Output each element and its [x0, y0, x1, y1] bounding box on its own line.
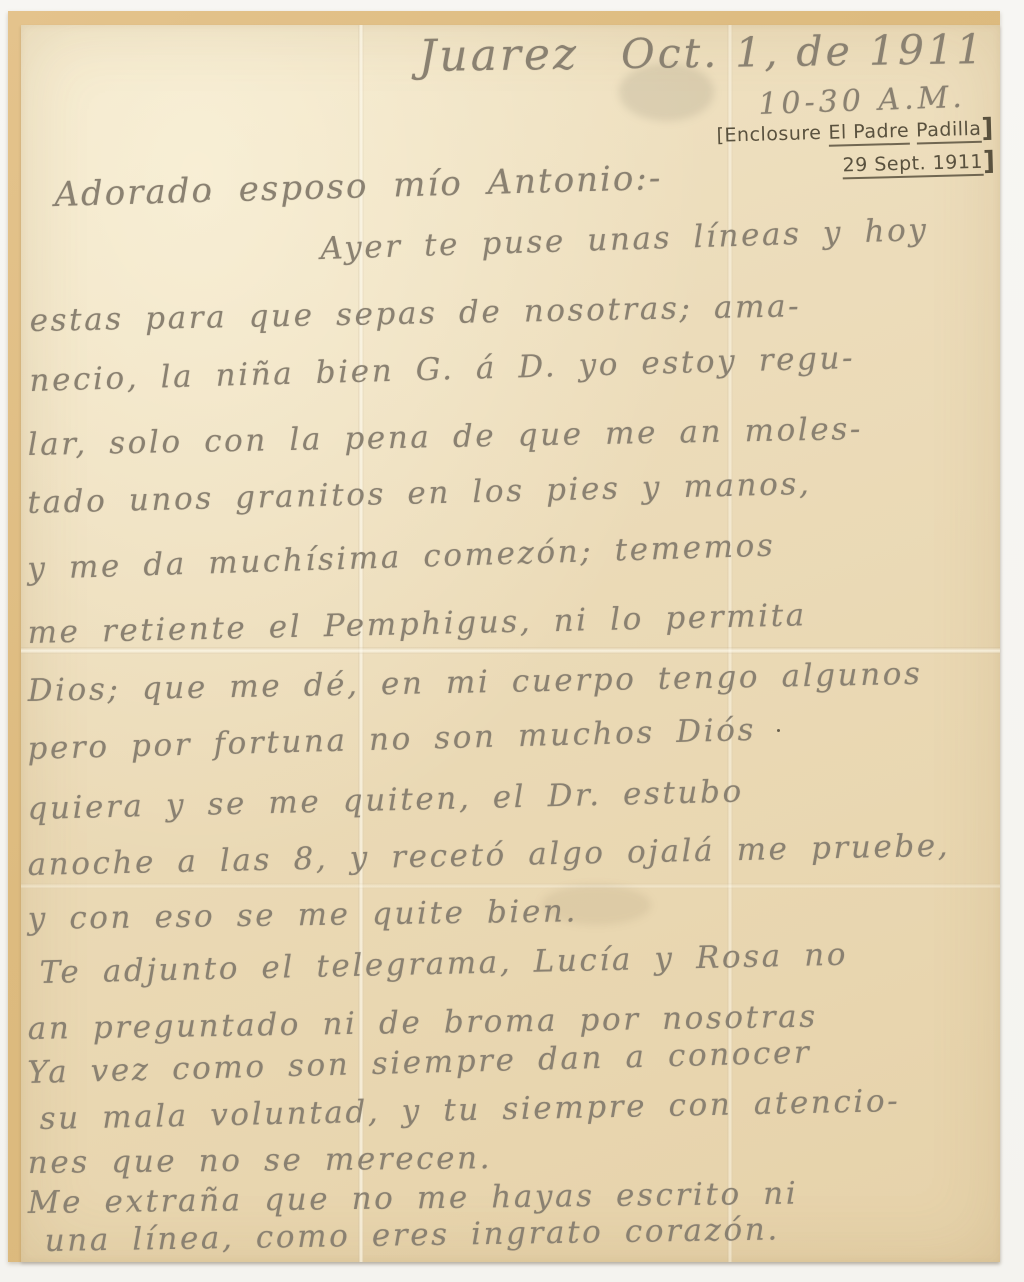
letter-line: Dios; que me dé, en mi cuerpo tengo algu… [27, 656, 923, 709]
horizontal-fold-crease-faint [21, 883, 1000, 889]
vertical-fold-crease-right [727, 25, 733, 1262]
letter-line: necio, la niña bien G. á D. yo estoy reg… [29, 340, 856, 399]
annotation-prefix: [Enclosure [716, 122, 821, 147]
horizontal-fold-crease [21, 647, 1000, 654]
letter-line: Ayer te puse unas líneas y hoy [320, 212, 929, 267]
ink-speck [777, 729, 780, 732]
annotation-title-part1: El Padre [828, 120, 909, 147]
letter-line: tado unos granitos en los pies y manos, [27, 466, 812, 521]
letter-line: estas para que sepas de nosotras; ama- [29, 288, 801, 339]
annotation-line-2: 29 Sept. 1911] [717, 146, 1002, 183]
annotation-bracket-top: ] [981, 113, 994, 143]
letter-line: y con eso se me quite bien. [27, 893, 578, 937]
letter-line: nes que no se merecen. [28, 1140, 493, 1181]
letter-line: me retiente el Pemphigus, ni lo permita [27, 597, 807, 651]
archival-annotation: [EnclosureEl PadrePadilla] 29 Sept. 1911… [716, 113, 1002, 183]
annotation-line-1: [EnclosureEl PadrePadilla] [716, 113, 1001, 150]
scanned-letter-page: JuarezOct. 1, de 1911 10-30 A.M. [Enclos… [0, 0, 1024, 1282]
annotation-title-part2: Padilla [916, 118, 982, 145]
letter-line: anoche a las 8, y recetó algo ojalá me p… [27, 828, 950, 883]
letter-line: quiera y se me quiten, el Dr. estubo [27, 774, 744, 827]
letter-line: su mala voluntad, y tu siempre con atenc… [39, 1083, 900, 1137]
letter-line: y me da muchísima comezón; tememos [27, 528, 776, 587]
letter-paper: JuarezOct. 1, de 1911 10-30 A.M. [Enclos… [21, 25, 1000, 1262]
letter-line: lar, solo con la pena de que me an moles… [27, 411, 863, 463]
date-text: Oct. 1, de 1911 [621, 25, 986, 78]
letter-line: Te adjunto el telegrama, Lucía y Rosa no [39, 937, 848, 991]
dateline: JuarezOct. 1, de 1911 [418, 23, 985, 82]
place-name: Juarez [418, 29, 579, 82]
salutation: Adorado esposo mío Antonio:- [54, 158, 663, 215]
annotation-date: 29 Sept. 1911 [842, 151, 983, 180]
letter-line: pero por fortuna no son muchos Diós [27, 712, 756, 767]
annotation-bracket-bottom: ] [983, 146, 996, 176]
